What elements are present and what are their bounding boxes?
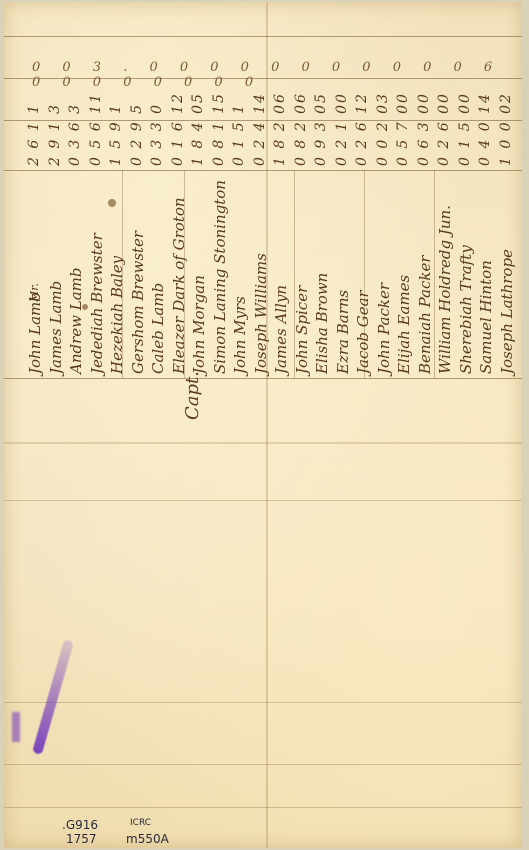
entry-name: Joseph Lathrope <box>498 249 516 374</box>
entry-amount: 2 9 1 3 <box>47 103 63 166</box>
entry-name: Samuel Hinton <box>477 260 495 374</box>
entry-amount: 1 5 9 1 <box>108 103 124 166</box>
rule-line <box>4 764 522 765</box>
entry-name: John Lamb <box>26 292 44 374</box>
entry-amount: 0 5 7 00 <box>395 92 411 166</box>
entry-amount: 2 6 1 1 <box>26 103 42 166</box>
ink-stain <box>82 304 88 310</box>
entry-amount: 0 5 6 11 <box>88 92 104 166</box>
ink-stain <box>108 199 116 207</box>
entry-amount: 0 1 5 00 <box>457 92 473 166</box>
entry-name: Joseph Williams <box>252 253 270 374</box>
top-zeros-row: 0 0 3 . 0 0 0 0 0 0 0 0 0 0 0 6 0 0 0 0 … <box>32 60 522 90</box>
entry-name: James Lamb <box>47 281 65 374</box>
rule-line <box>4 500 522 501</box>
entry-amount: 0 2 1 00 <box>334 92 350 166</box>
collection-line2: m550A <box>126 832 169 846</box>
entry-name: Eleazer Dark of Groton <box>170 197 188 374</box>
entry-name: Caleb Lamb <box>149 283 167 374</box>
column-rule <box>434 170 435 378</box>
entry-name: William Holdredg Jun. <box>436 205 454 374</box>
rule-line <box>4 378 522 379</box>
entry-amount: 0 8 2 06 <box>293 92 309 166</box>
entry-amount: 0 8 1 15 <box>211 92 227 166</box>
entry-name: Jedediah Brewster <box>88 233 106 374</box>
entry-name: Ezra Barns <box>334 290 352 374</box>
entry-name: John Packer <box>375 283 393 374</box>
entry-name: Elijah Eames <box>395 275 413 374</box>
entry-amount: 0 0 2 03 <box>375 92 391 166</box>
entry-name: Jacob Gear <box>354 290 372 374</box>
entry-amount: 0 9 3 05 <box>313 92 329 166</box>
entry-amount: 1 8 2 06 <box>272 92 288 166</box>
entry-amount: 0 4 0 14 <box>477 92 493 166</box>
entry-name: Gershom Brewster <box>129 231 147 374</box>
entry-name: John Myrs <box>231 296 249 374</box>
entry-amount: 1 8 4 05 <box>190 92 206 166</box>
purple-ink-smudge <box>12 712 20 742</box>
entry-name: Simon Laning Stonington <box>211 180 229 374</box>
call-number-line2: 1757 <box>66 832 97 846</box>
captain-label: Capt. <box>182 371 203 420</box>
horizontal-fold <box>4 442 522 444</box>
rule-line <box>4 702 522 703</box>
entry-name: Hezekiah Baley <box>108 256 126 374</box>
entry-name: Elisha Brown <box>313 273 331 374</box>
manuscript-page: 0 0 3 . 0 0 0 0 0 0 0 0 0 0 0 6 0 0 0 0 … <box>4 2 522 848</box>
rule-line <box>4 170 522 171</box>
entry-name: Andrew Lamb <box>67 268 85 374</box>
entry-amount: 0 2 6 12 <box>354 92 370 166</box>
call-number-line1: .G916 <box>62 818 98 832</box>
entry-amount: 1 0 0 02 <box>498 92 514 166</box>
entry-amount: 0 2 9 5 <box>129 103 145 166</box>
entry-amount: 0 1 6 12 <box>170 92 186 166</box>
entry-name: James Allyn <box>272 285 290 374</box>
rule-line <box>4 36 522 37</box>
entry-name: Sherebiah Trafty <box>457 245 475 374</box>
collection-line1: ICRC <box>130 818 151 828</box>
entry-amount: 0 1 5 1 <box>231 103 247 166</box>
entry-amount: 0 2 4 14 <box>252 92 268 166</box>
purple-ink-mark <box>32 639 74 755</box>
entry-amount: 0 3 3 0 <box>149 103 165 166</box>
entry-name: Benaiah Packer <box>416 255 434 374</box>
rule-line <box>4 807 522 808</box>
entry-name: John Morgan <box>190 275 208 374</box>
entry-amount: 0 3 6 3 <box>67 103 83 166</box>
entry-name: John Spicer <box>293 286 311 374</box>
entry-amount: 0 6 3 00 <box>416 92 432 166</box>
entry-amount: 0 2 6 00 <box>436 92 452 166</box>
